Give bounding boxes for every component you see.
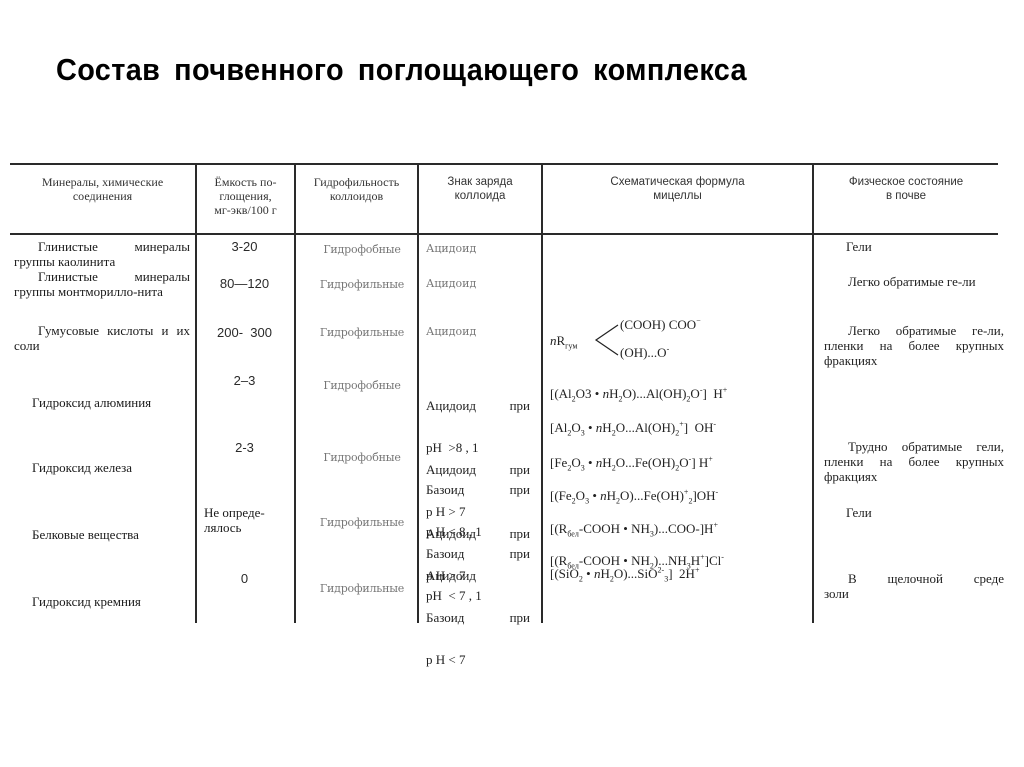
column-divider [417, 163, 419, 623]
formula-iron-hydroxide-acidoid: [Fe2O3 • nH2O...Fe(OH)2O-] H+ [550, 455, 818, 470]
charge-humic-acids: Ацидоид [426, 325, 542, 339]
charge-condition: p H < 7 [426, 653, 542, 667]
capacity-kaolinite: 3-20 [197, 239, 292, 254]
mineral-proteins: Белковые вещества [32, 527, 208, 542]
charge-word: при [510, 399, 530, 413]
column-divider [195, 163, 197, 623]
formula-humic-acids: nRгум (COOH) COO− (OH)...O- [550, 317, 818, 363]
charge-kaolinite: Ацидоид [426, 242, 542, 256]
header-mineral: Минералы, химические соединения [10, 175, 195, 203]
charge-word: при [510, 463, 530, 477]
capacity-silicon-hydroxide: 0 [197, 571, 292, 586]
state-montmorillonite: Легко обратимые ге-ли [824, 274, 1004, 289]
mineral-silicon-hydroxide: Гидроксид кремния [32, 594, 208, 609]
formula-iron-hydroxide-basoid: [(Fe2O3 • nH2O)...Fe(OH)+2]OH- [550, 488, 818, 503]
state-iron-hydroxide: Трудно обратимые гели, пленки на более к… [824, 439, 1004, 484]
state-silicon-hydroxide: В щелочной среде золи [824, 571, 1004, 601]
state-humic-acids: Легко обратимые ге-ли, пленки на более к… [824, 323, 1004, 368]
charge-silicon-hydroxide: Ацидоид [426, 569, 542, 583]
header-hydrophilicity: Гидрофильность коллоидов [296, 175, 417, 203]
header-charge: Знак заряда коллоида [419, 175, 541, 203]
header-bottom-rule [10, 233, 998, 235]
hydro-kaolinite: Гидрофобные [304, 242, 420, 257]
hydro-iron-hydroxide: Гидрофобные [304, 450, 420, 465]
formula-proteins-acidoid: [(Rбел-COOH • NH3)...COO-]H+ [550, 521, 818, 536]
charge-label: Ацидоид [426, 463, 476, 477]
formula-silicon-hydroxide: [(SiO2 • nH2O)...SiO2-3] 2H+ [550, 567, 818, 580]
soil-complex-table: Минералы, химические соединения Ёмкость … [10, 163, 998, 623]
hydro-aluminium-hydroxide: Гидрофобные [304, 378, 420, 393]
state-proteins: Гели [846, 505, 1024, 520]
mineral-aluminium-hydroxide: Гидроксид алюминия [32, 395, 208, 410]
charge-label: Ацидоид [426, 399, 476, 413]
mineral-montmorillonite: Глинистые минералы группы монтморилло-ни… [14, 269, 190, 299]
hydro-montmorillonite: Гидрофильные [304, 277, 420, 292]
mineral-kaolinite: Глинистые минералы группы каолинита [14, 239, 190, 269]
formula-aluminium-hydroxide-basoid: [Al2O3 • nH2O...Al(OH)2+] OH- [550, 420, 818, 435]
table-top-rule [10, 163, 998, 165]
charge-proteins: Ацидоидпри p H > 7 Базоидпри p H < 7 [426, 499, 542, 695]
charge-montmorillonite: Ацидоид [426, 277, 542, 291]
capacity-proteins: Не опреде- лялось [204, 505, 265, 535]
charge-word: при [510, 527, 530, 541]
slide-title: Состав почвенного поглощающего комплекса [56, 52, 747, 88]
mineral-iron-hydroxide: Гидроксид железа [32, 460, 208, 475]
capacity-montmorillonite: 80—120 [197, 276, 292, 291]
hydro-humic-acids: Гидрофильные [304, 325, 420, 340]
branch-bracket-icon [594, 323, 620, 357]
capacity-iron-hydroxide: 2-3 [197, 440, 292, 455]
column-divider [294, 163, 296, 623]
charge-label: Ацидоид [426, 527, 476, 541]
hydro-proteins: Гидрофильные [304, 515, 420, 530]
charge-word: при [510, 611, 530, 625]
header-capacity: Ёмкость по- глощения, мг-экв/100 г [197, 175, 294, 217]
state-kaolinite: Гели [846, 239, 1024, 254]
formula-aluminium-hydroxide-acidoid: [(Al2O3 • nH2O)...Al(OH)2O-] H+ [550, 386, 818, 401]
charge-label: Базоид [426, 611, 464, 625]
hydro-silicon-hydroxide: Гидрофильные [304, 581, 420, 596]
capacity-humic-acids: 200- 300 [197, 325, 292, 340]
header-state: Физческое состояние в почве [814, 175, 998, 203]
mineral-humic-acids: Гумусовые кислоты и их соли [14, 323, 190, 353]
capacity-aluminium-hydroxide: 2–3 [197, 373, 292, 388]
header-formula: Схематическая формула мицеллы [543, 175, 812, 203]
